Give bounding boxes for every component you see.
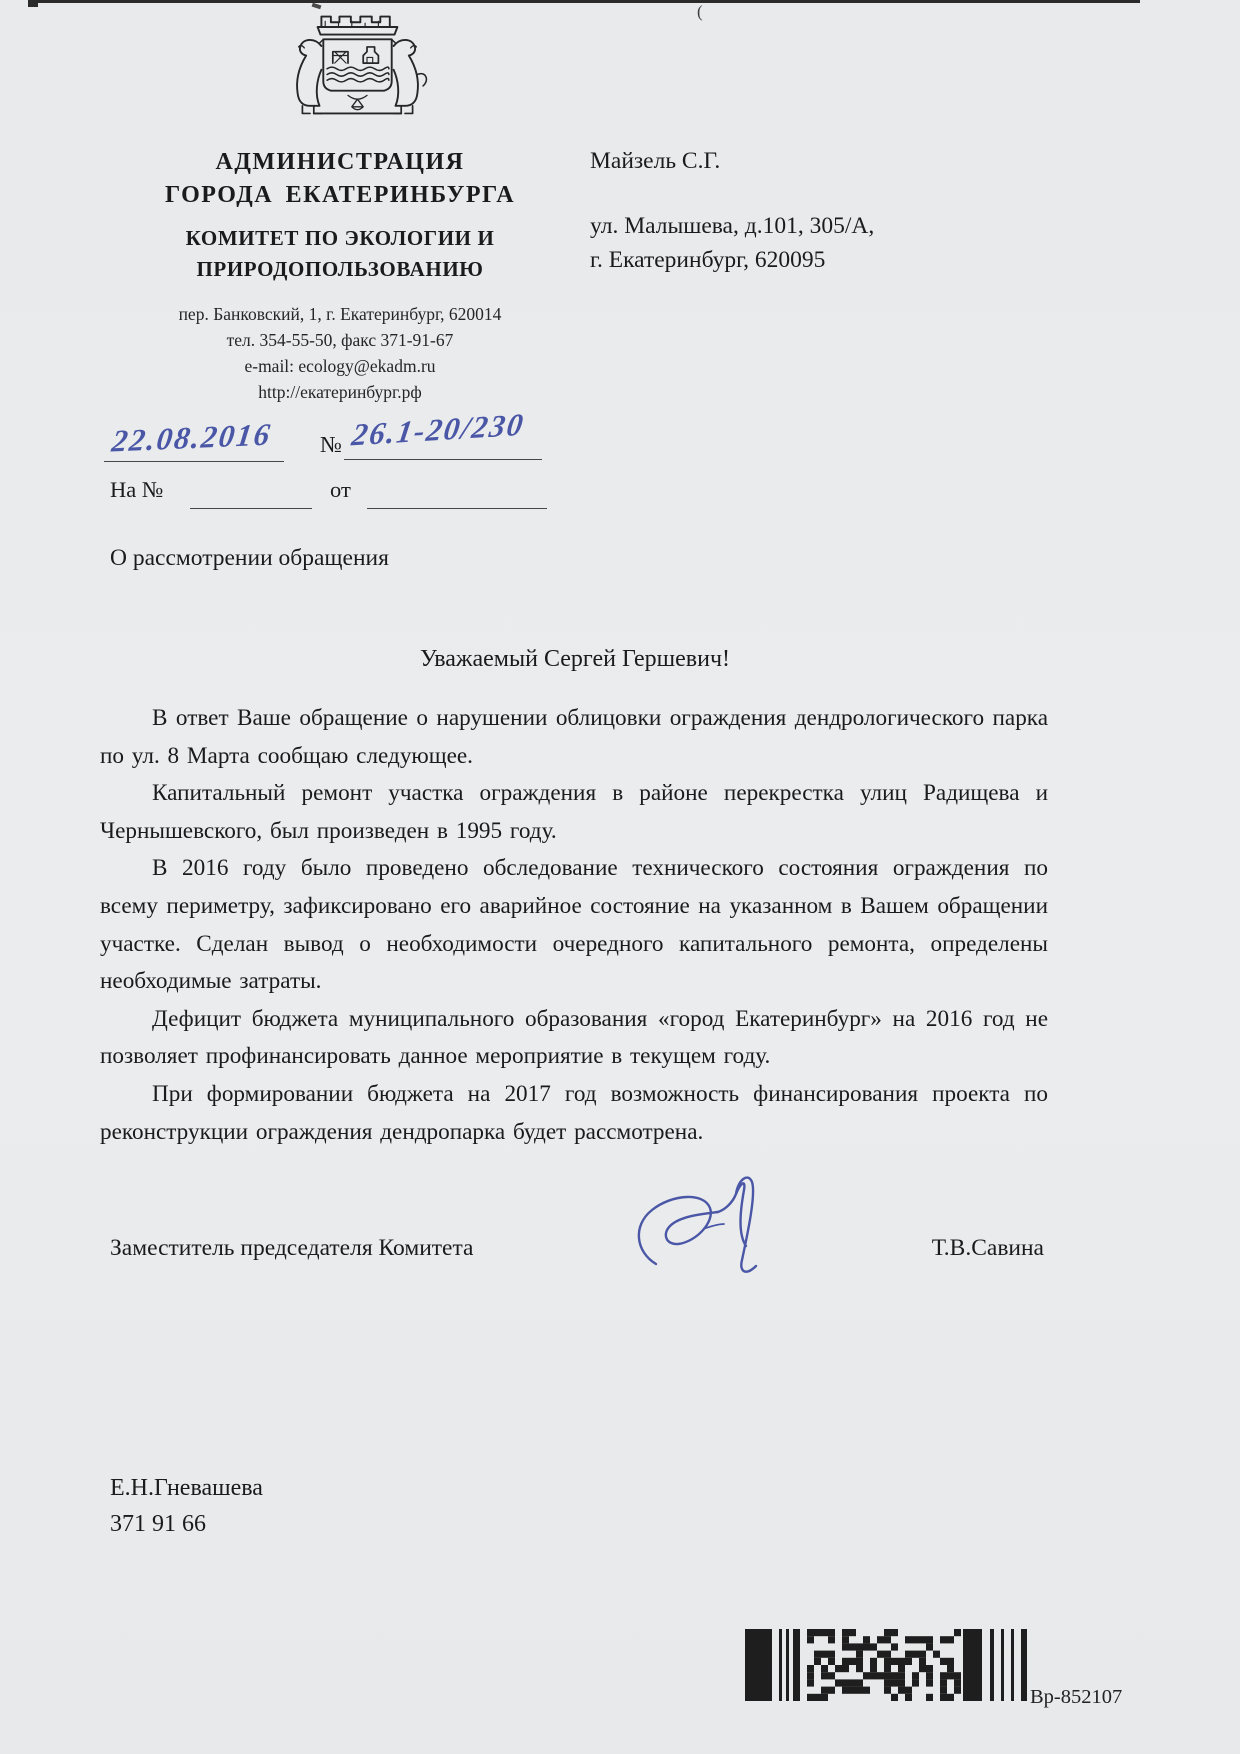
recipient-address-line2: г. Екатеринбург, 620095 [590, 243, 1030, 277]
sender-email: e-mail: ecology@ekadm.ru [95, 353, 585, 379]
handwritten-signature [618, 1168, 788, 1298]
letter-body: В ответ Ваше обращение о нарушении облиц… [100, 700, 1048, 1151]
scan-edge-line [28, 0, 1140, 3]
barcode-label: Вр-852107 [1030, 1686, 1122, 1709]
number-underline [344, 459, 542, 460]
executor-name: Е.Н.Гневашева [110, 1470, 263, 1506]
date-underline [104, 461, 284, 462]
sender-website: http://екатеринбург.рф [95, 379, 585, 405]
committee-name-line1: КОМИТЕТ ПО ЭКОЛОГИИ И [95, 223, 585, 254]
body-paragraph: Дефицит бюджета муниципального образован… [100, 1001, 1048, 1076]
document-barcode [745, 1628, 1043, 1702]
body-paragraph: В ответ Ваше обращение о нарушении облиц… [100, 700, 1048, 775]
handwritten-date: 22.08.2016 [110, 416, 274, 459]
scan-artifact [28, 0, 38, 7]
executor-phone: 371 91 66 [110, 1506, 263, 1542]
reply-date-underline [367, 508, 547, 509]
org-name-line1: АДМИНИСТРАЦИЯ [95, 146, 585, 179]
committee-name-line2: ПРИРОДОПОЛЬЗОВАНИЮ [95, 254, 585, 285]
reply-from-label: от [330, 477, 351, 503]
sender-address: пер. Банковский, 1, г. Екатеринбург, 620… [95, 301, 585, 327]
subject-line: О рассмотрении обращения [110, 545, 389, 572]
body-paragraph: В 2016 году было проведено обследование … [100, 850, 1048, 1000]
salutation: Уважаемый Сергей Гершевич! [100, 646, 1050, 673]
body-paragraph: При формировании бюджета на 2017 год воз… [100, 1076, 1048, 1151]
coat-of-arms-yekaterinburg-icon [250, 8, 465, 122]
signer-position-title: Заместитель председателя Комитета [110, 1235, 473, 1262]
org-name-line2: ГОРОДА ЕКАТЕРИНБУРГА [95, 179, 585, 212]
handwritten-outgoing-number: 26.1-20/230 [349, 407, 527, 454]
sender-phone-fax: тел. 354-55-50, факс 371-91-67 [95, 327, 585, 353]
number-sign-label: № [320, 432, 342, 458]
recipient-name: Майзель С.Г. [590, 148, 1030, 175]
reply-to-number-label: На № [110, 477, 163, 503]
executor-block: Е.Н.Гневашева 371 91 66 [110, 1470, 263, 1542]
sender-header-block: АДМИНИСТРАЦИЯ ГОРОДА ЕКАТЕРИНБУРГА КОМИТ… [95, 146, 585, 405]
recipient-address-line1: ул. Малышева, д.101, 305/А, [590, 209, 1030, 243]
signer-name: Т.В.Савина [932, 1235, 1044, 1262]
scanned-letter-page: ( [0, 0, 1240, 1754]
reply-number-underline [190, 508, 312, 509]
recipient-block: Майзель С.Г. ул. Малышева, д.101, 305/А,… [590, 148, 1030, 277]
body-paragraph: Капитальный ремонт участка ограждения в … [100, 775, 1048, 850]
scan-artifact: ( [697, 2, 703, 22]
